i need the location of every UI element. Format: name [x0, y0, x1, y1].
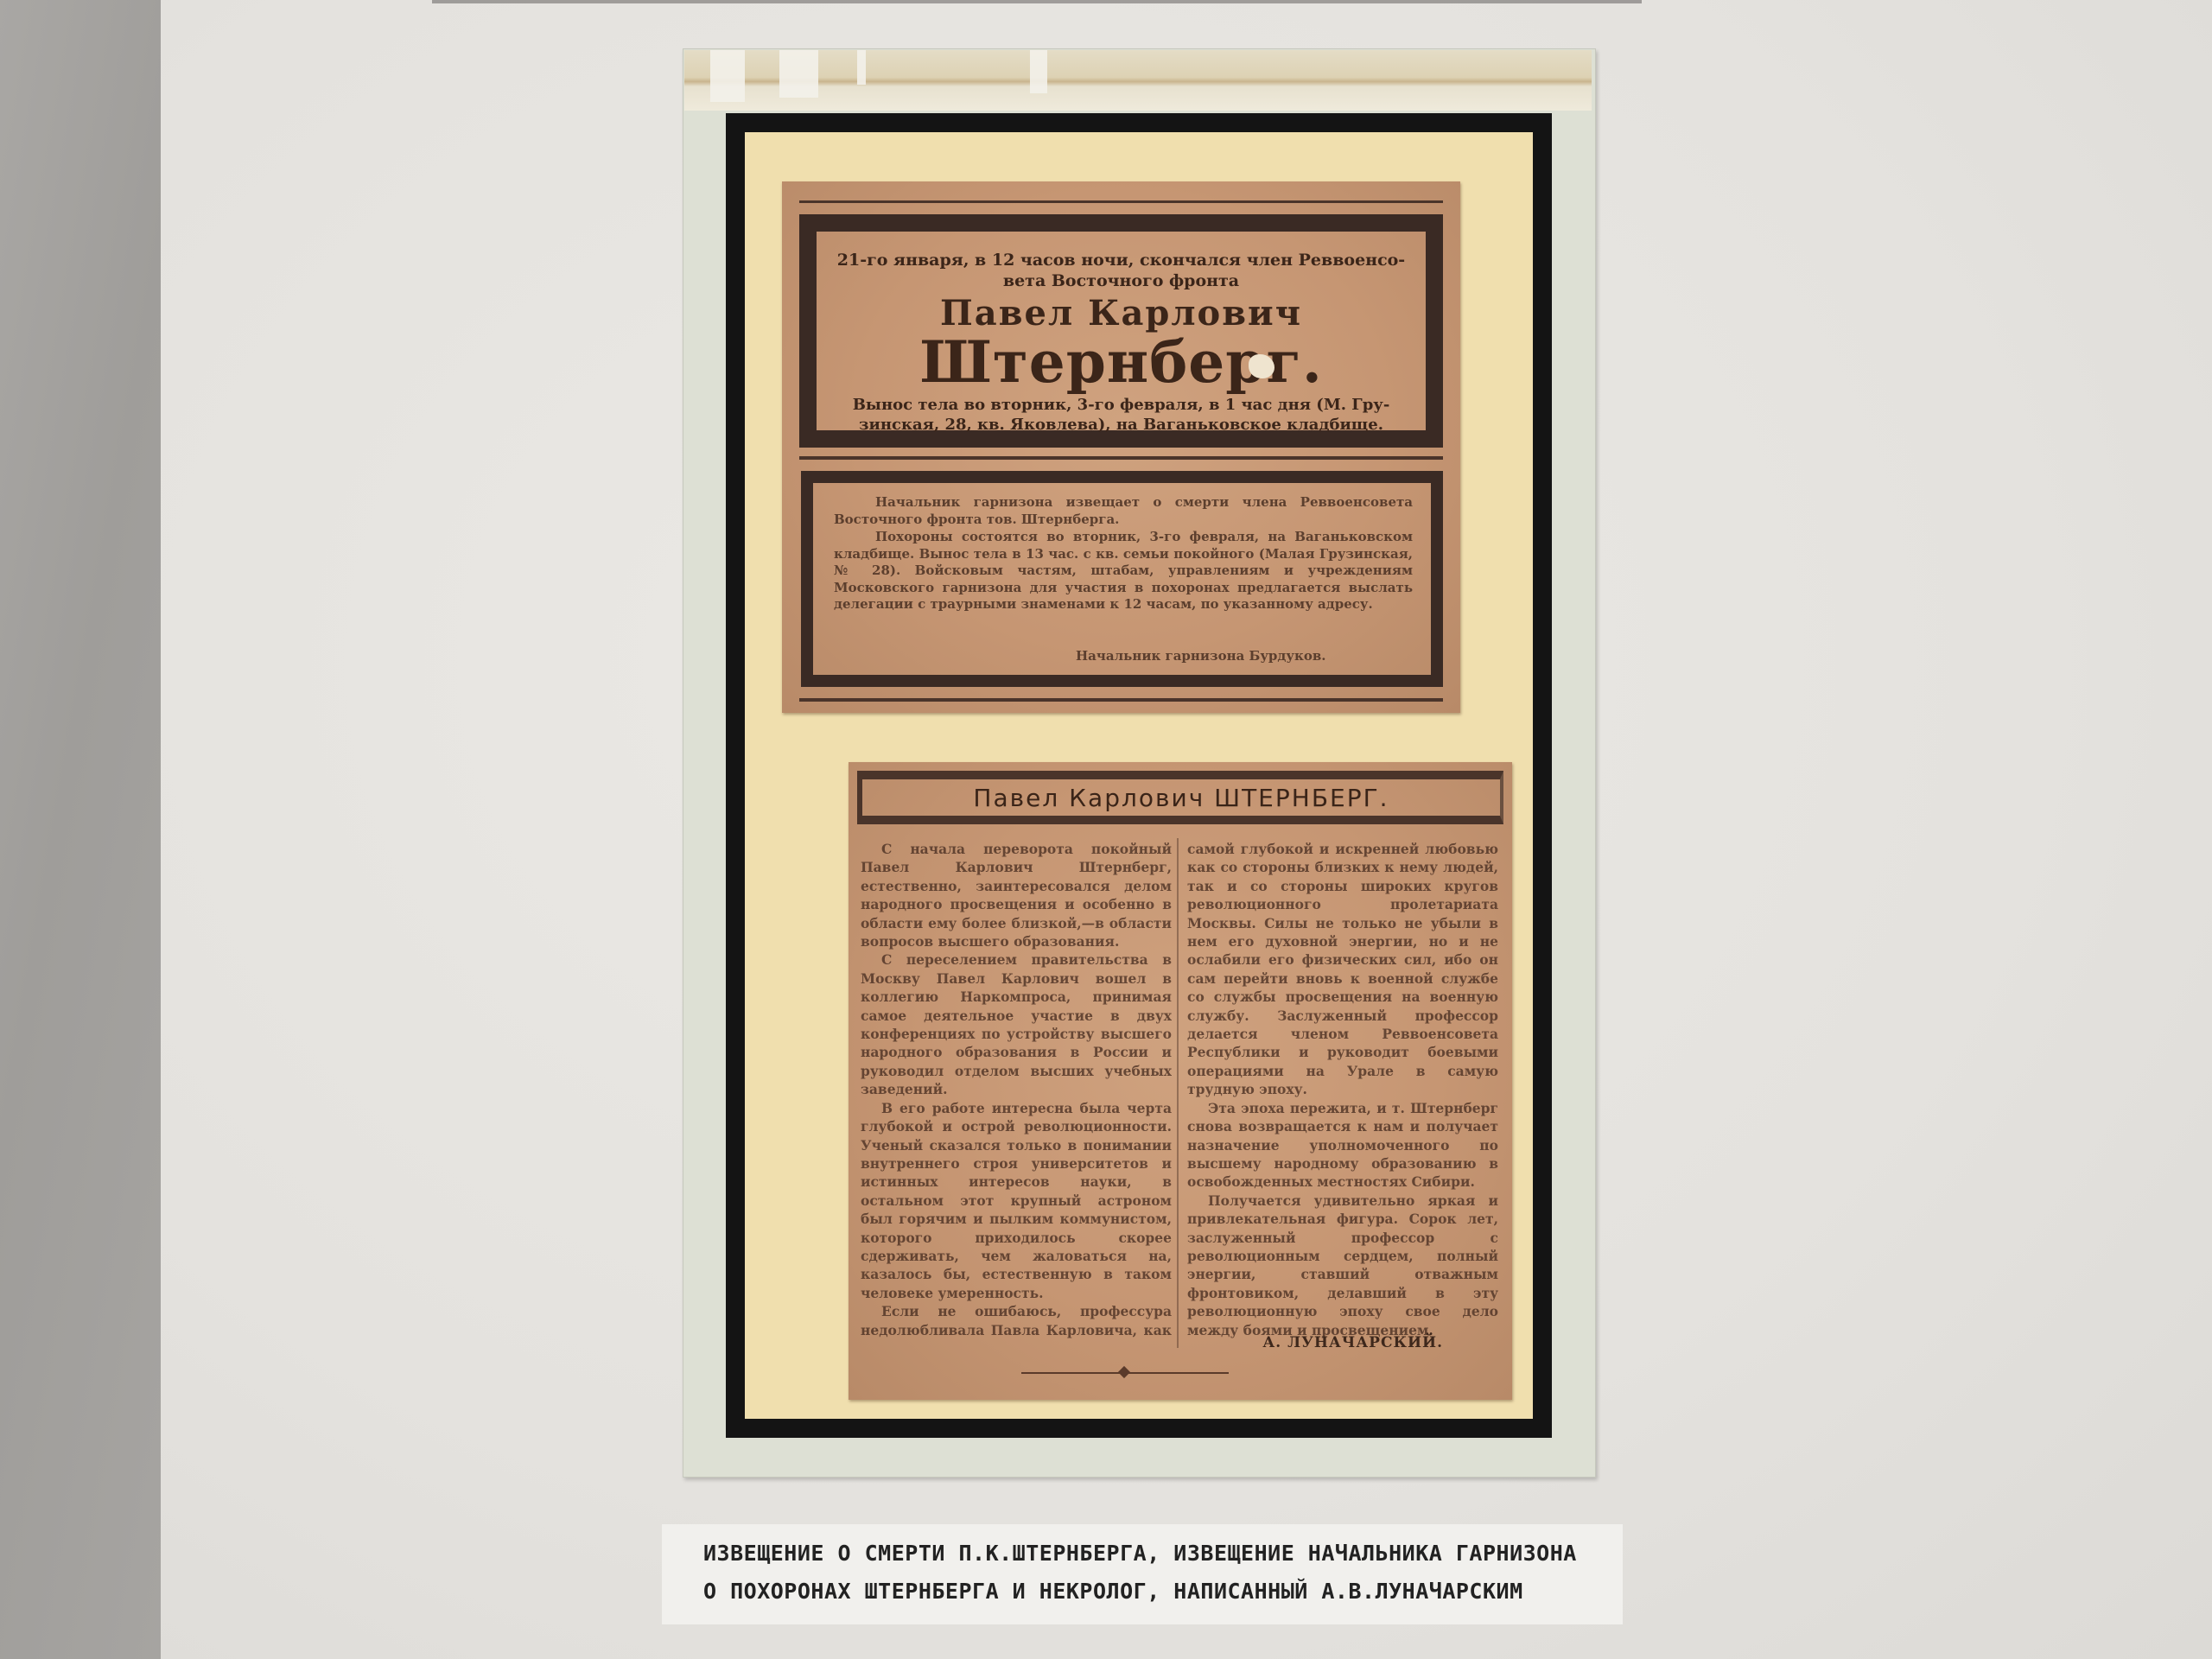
clipping-obituary: Павел Карлович ШТЕРНБЕРГ. С начала перев…	[849, 762, 1512, 1400]
obituary-right-column: самой глубокой и искренней любовью как с…	[1187, 840, 1498, 1341]
obituary-headline: Павел Карлович ШТЕРНБЕРГ.	[857, 771, 1503, 824]
adhesive-tape-strip	[684, 50, 1592, 111]
garrison-notice-para1: Начальник гарнизона извещает о смерти чл…	[834, 494, 1413, 528]
death-notice-line2: вета Восточного фронта	[834, 271, 1408, 292]
funeral-details: Вынос тела во вторник, 3-го февраля, в 1…	[834, 396, 1408, 435]
death-notice-intro: 21-го января, в 12 часов ночи, скончался…	[834, 251, 1408, 292]
garrison-notice-para2: Похороны состоятся во вторник, 3-го февр…	[834, 529, 1413, 613]
middle-rule	[799, 456, 1443, 460]
funeral-line2: зинская, 28, кв. Яковлева), на Ваганьков…	[834, 416, 1408, 435]
death-notice-line1: 21-го января, в 12 часов ночи, скончался…	[834, 251, 1408, 271]
deceased-surname: Штернберг.	[817, 327, 1426, 398]
obituary-paragraph: С переселением правительства в Москву Па…	[861, 950, 1172, 1098]
bottom-rule	[799, 698, 1443, 702]
wall-strip	[0, 0, 161, 1659]
obituary-paragraph: С начала переворота покойный Павел Карло…	[861, 840, 1172, 950]
board-top-edge	[432, 0, 1642, 3]
caption-line-1: ИЗВЕЩЕНИЕ О СМЕРТИ П.К.ШТЕРНБЕРГА, ИЗВЕЩ…	[703, 1535, 1623, 1573]
obituary-paragraph: Если не ошибаюсь, профессура недолюблива…	[861, 1302, 1172, 1341]
obituary-left-column: С начала переворота покойный Павел Карло…	[861, 840, 1172, 1341]
obituary-paragraph: Получается удивительно яркая и привлекат…	[1187, 1192, 1498, 1339]
ornament-rule	[1021, 1372, 1229, 1374]
garrison-notice-signature: Начальник гарнизона Бурдуков.	[1076, 648, 1404, 665]
paper-tear	[1249, 354, 1274, 378]
obituary-signature: А. ЛУНАЧАРСКИЙ.	[1262, 1334, 1443, 1351]
funeral-line1: Вынос тела во вторник, 3-го февраля, в 1…	[834, 396, 1408, 416]
column-divider	[1177, 838, 1179, 1348]
obituary-paragraph: самой глубокой и искренней любовью как с…	[1187, 840, 1498, 1099]
top-rule	[799, 200, 1443, 203]
obituary-paragraph: В его работе интересна была черта глубок…	[861, 1099, 1172, 1302]
obituary-paragraph: Эта эпоха пережита, и т. Штернберг снова…	[1187, 1099, 1498, 1192]
exhibit-caption: ИЗВЕЩЕНИЕ О СМЕРТИ П.К.ШТЕРНБЕРГА, ИЗВЕЩ…	[662, 1524, 1623, 1624]
caption-line-2: О ПОХОРОНАХ ШТЕРНБЕРГА И НЕКРОЛОГ, НАПИС…	[703, 1573, 1623, 1611]
clipping-death-notices: 21-го января, в 12 часов ночи, скончался…	[782, 181, 1460, 713]
